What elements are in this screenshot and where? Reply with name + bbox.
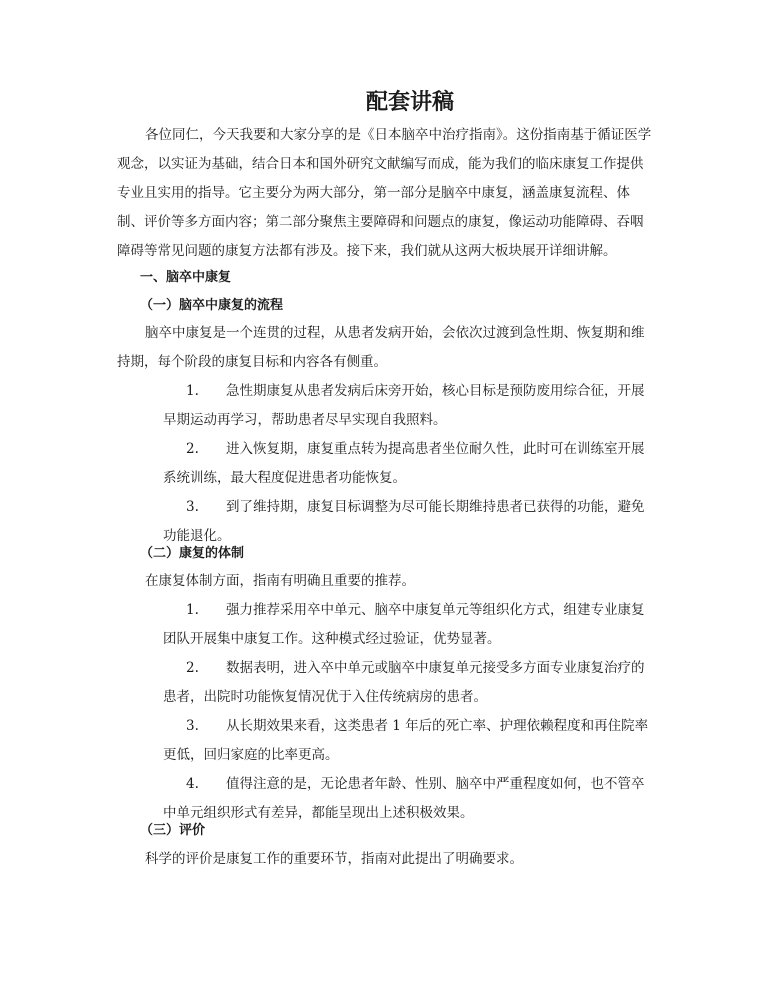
subsection-heading: （三）评价 (140, 821, 205, 841)
list-item-line: 团队开展集中康复工作。这种模式经过验证，优势显著。 (163, 629, 501, 649)
list-item-line: 急性期康复从患者发病后床旁开始，核心目标是预防废用综合征，开展 (226, 381, 645, 401)
list-number: 1. (186, 381, 199, 401)
list-item-line: 从长期效果来看，这类患者 1 年后的死亡率、护理依赖程度和再住院率 (226, 716, 648, 736)
list-item-line: 系统训练，最大程度促进患者功能恢复。 (163, 468, 406, 488)
list-item-line: 进入恢复期，康复重点转为提高患者坐位耐久性，此时可在训练室开展 (226, 439, 645, 459)
section-heading: 一、脑卒中康复 (140, 268, 231, 288)
document-page: 配套讲稿 各位同仁，今天我要和大家分享的是《日本脑卒中治疗指南》。这份指南基于循… (0, 0, 770, 1000)
list-item-line: 患者，出院时功能恢复情况优于入住传统病房的患者。 (163, 687, 487, 707)
intro-line: 专业且实用的指导。它主要分为两大部分，第一部分是脑卒中康复，涵盖康复流程、体 (117, 183, 630, 203)
list-number: 4. (186, 774, 199, 794)
list-number: 1. (186, 600, 199, 620)
intro-line: 制、评价等多方面内容；第二部分聚焦主要障碍和问题点的康复，像运动功能障碍、吞咽 (117, 212, 644, 232)
paragraph-line: 在康复体制方面，指南有明确且重要的推荐。 (145, 571, 415, 591)
subsection-heading: （一）脑卒中康复的流程 (140, 296, 283, 316)
paragraph-line: 脑卒中康复是一个连贯的过程，从患者发病开始，会依次过渡到急性期、恢复期和维 (145, 323, 645, 343)
list-number: 3. (186, 716, 199, 736)
intro-line: 观念，以实证为基础，结合日本和国外研究文献编写而成，能为我们的临床康复工作提供 (117, 154, 644, 174)
list-item-line: 中单元组织形式有差异，都能呈现出上述积极效果。 (163, 803, 474, 823)
list-item-line: 早期运动再学习，帮助患者尽早实现自我照料。 (163, 410, 447, 430)
intro-line: 各位同仁，今天我要和大家分享的是《日本脑卒中治疗指南》。这份指南基于循证医学 (145, 125, 651, 145)
list-item-line: 到了维持期，康复目标调整为尽可能长期维持患者已获得的功能，避免 (226, 497, 645, 517)
document-title: 配套讲稿 (0, 88, 770, 118)
list-number: 2. (186, 439, 199, 459)
list-item-line: 更低，回归家庭的比率更高。 (163, 745, 339, 765)
subsection-heading: （二）康复的体制 (140, 544, 244, 564)
list-number: 3. (186, 497, 199, 517)
list-item-line: 功能退化。 (163, 526, 231, 546)
paragraph-line: 科学的评价是康复工作的重要环节，指南对此提出了明确要求。 (145, 849, 523, 869)
list-item-line: 强力推荐采用卒中单元、脑卒中康复单元等组织化方式，组建专业康复 (226, 600, 645, 620)
paragraph-line: 持期，每个阶段的康复目标和内容各有侧重。 (117, 352, 387, 372)
list-number: 2. (186, 658, 199, 678)
list-item-line: 值得注意的是，无论患者年龄、性别、脑卒中严重程度如何，也不管卒 (226, 774, 645, 794)
list-item-line: 数据表明，进入卒中单元或脑卒中康复单元接受多方面专业康复治疗的 (226, 658, 645, 678)
intro-line: 障碍等常见问题的康复方法都有涉及。接下来，我们就从这两大板块展开详细讲解。 (117, 241, 617, 261)
